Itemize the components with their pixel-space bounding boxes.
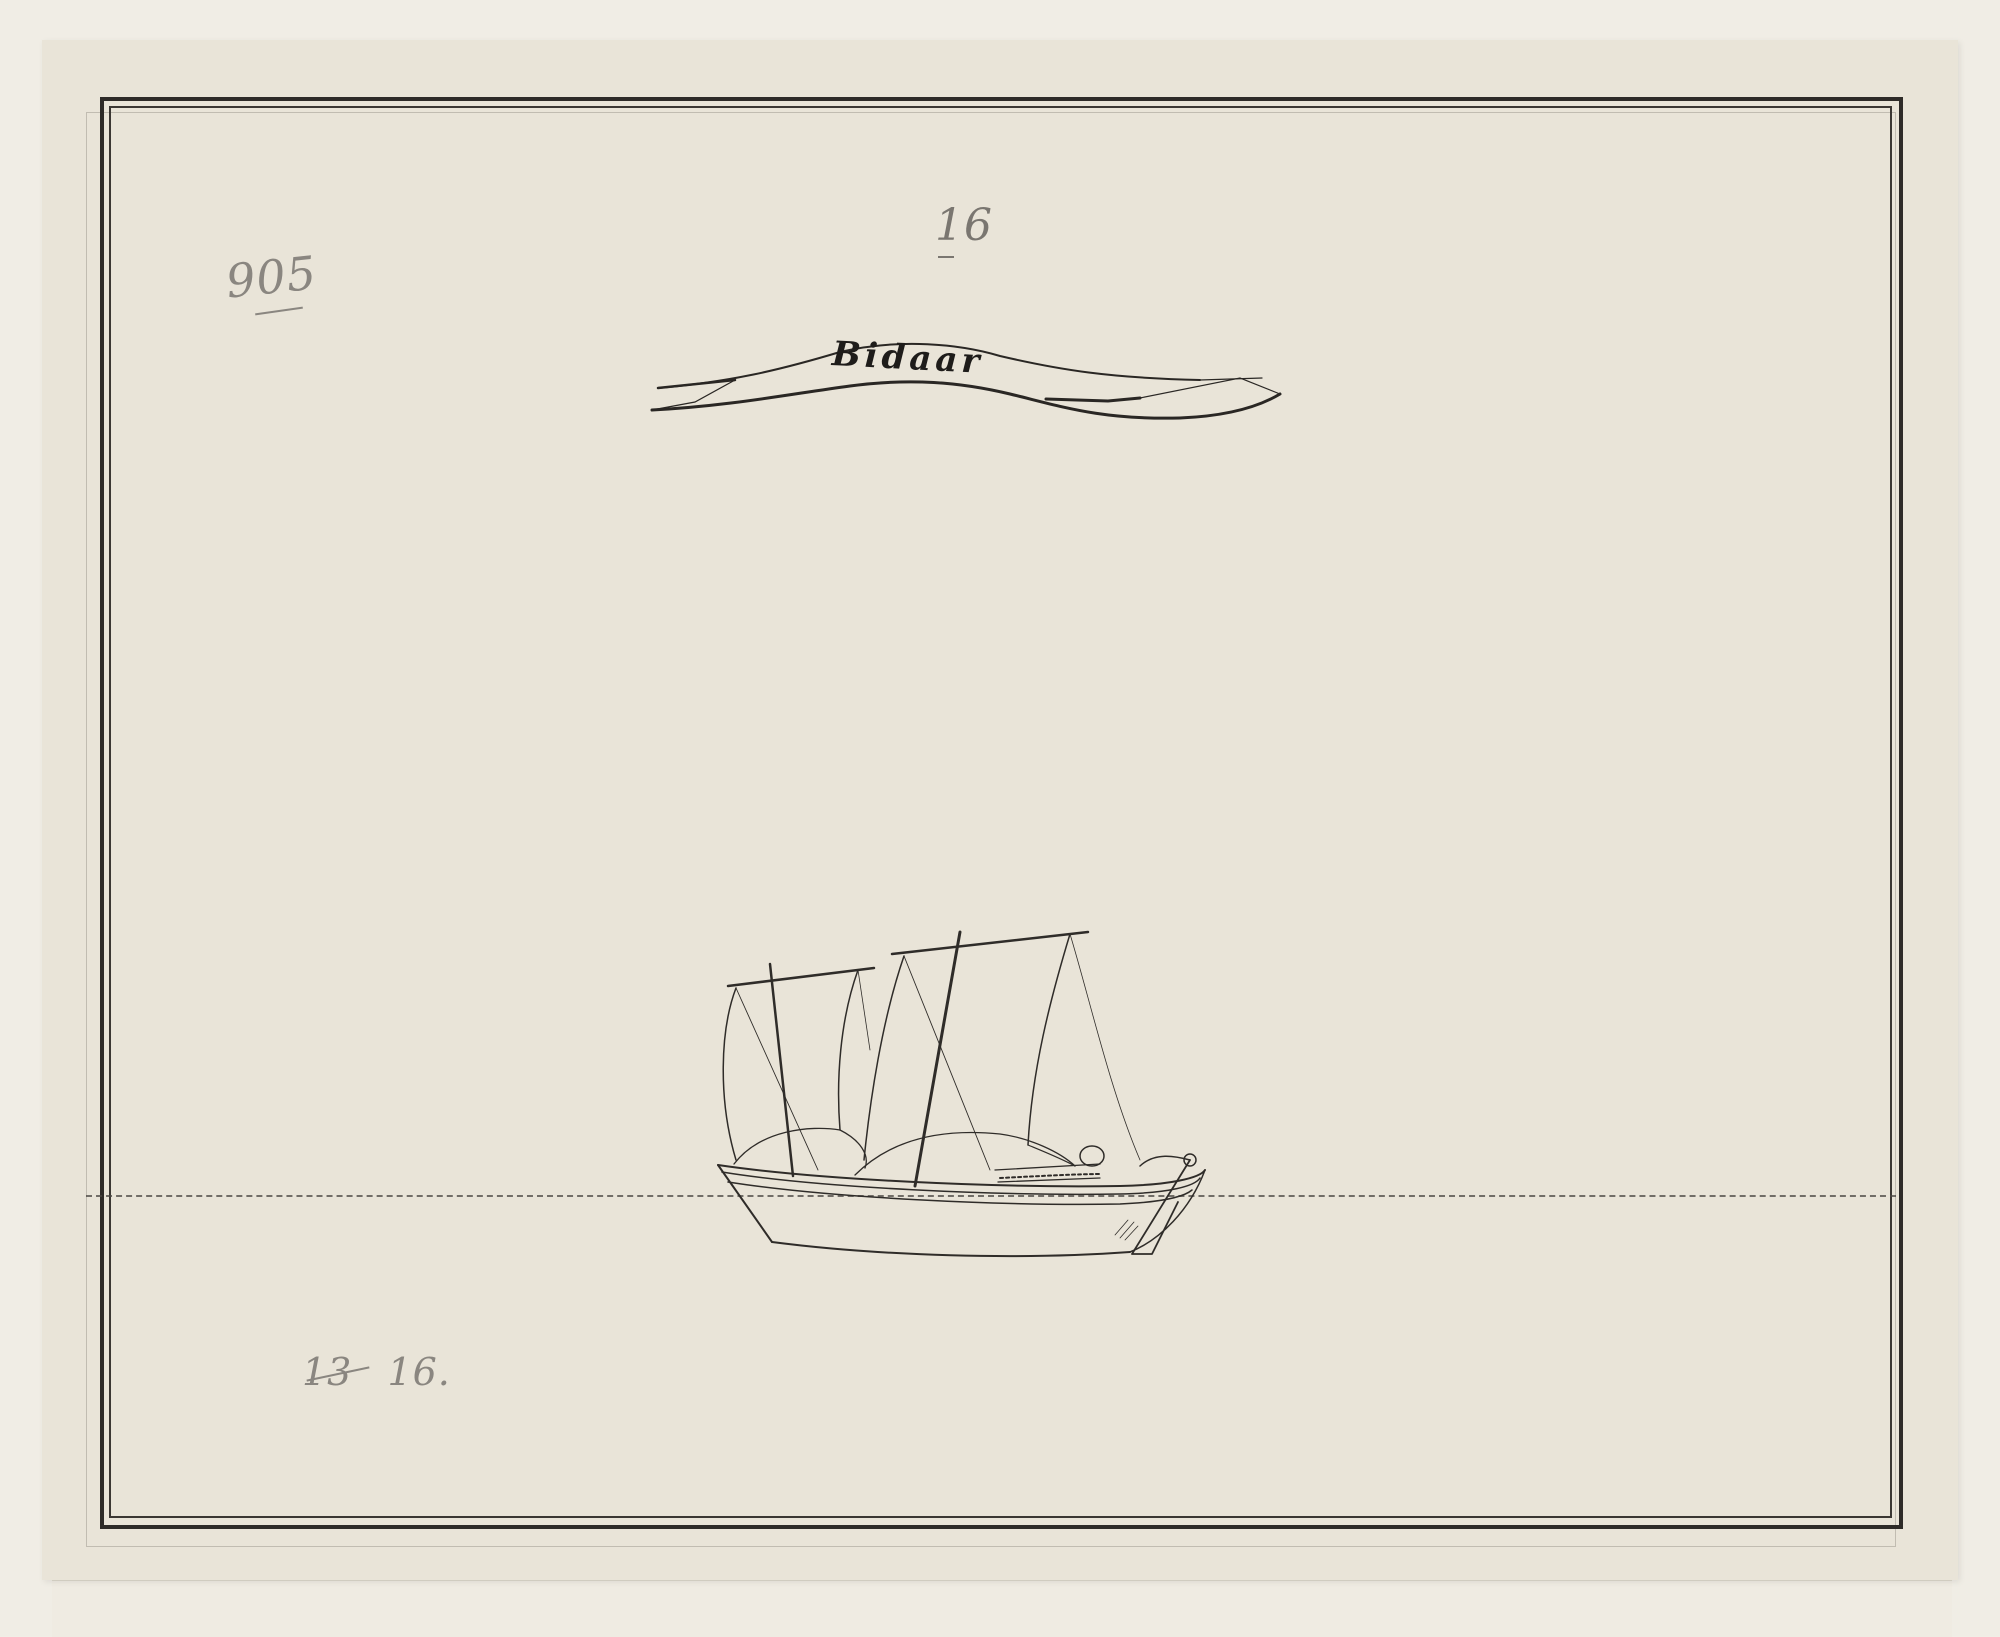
- pencil-note-top-center: 16: [935, 200, 993, 251]
- pencil-note-top-left: 905: [223, 245, 319, 308]
- number: 16.: [387, 1350, 450, 1394]
- pencil-note-bottom-left: 13 16.: [302, 1350, 451, 1394]
- inner-ink-border: [109, 106, 1892, 1518]
- banner-title: Bidaar: [831, 334, 984, 382]
- sailboat-icon: [700, 920, 1350, 1280]
- lower-sheet-edge: [52, 1580, 1952, 1636]
- pencil-underline: [938, 256, 954, 258]
